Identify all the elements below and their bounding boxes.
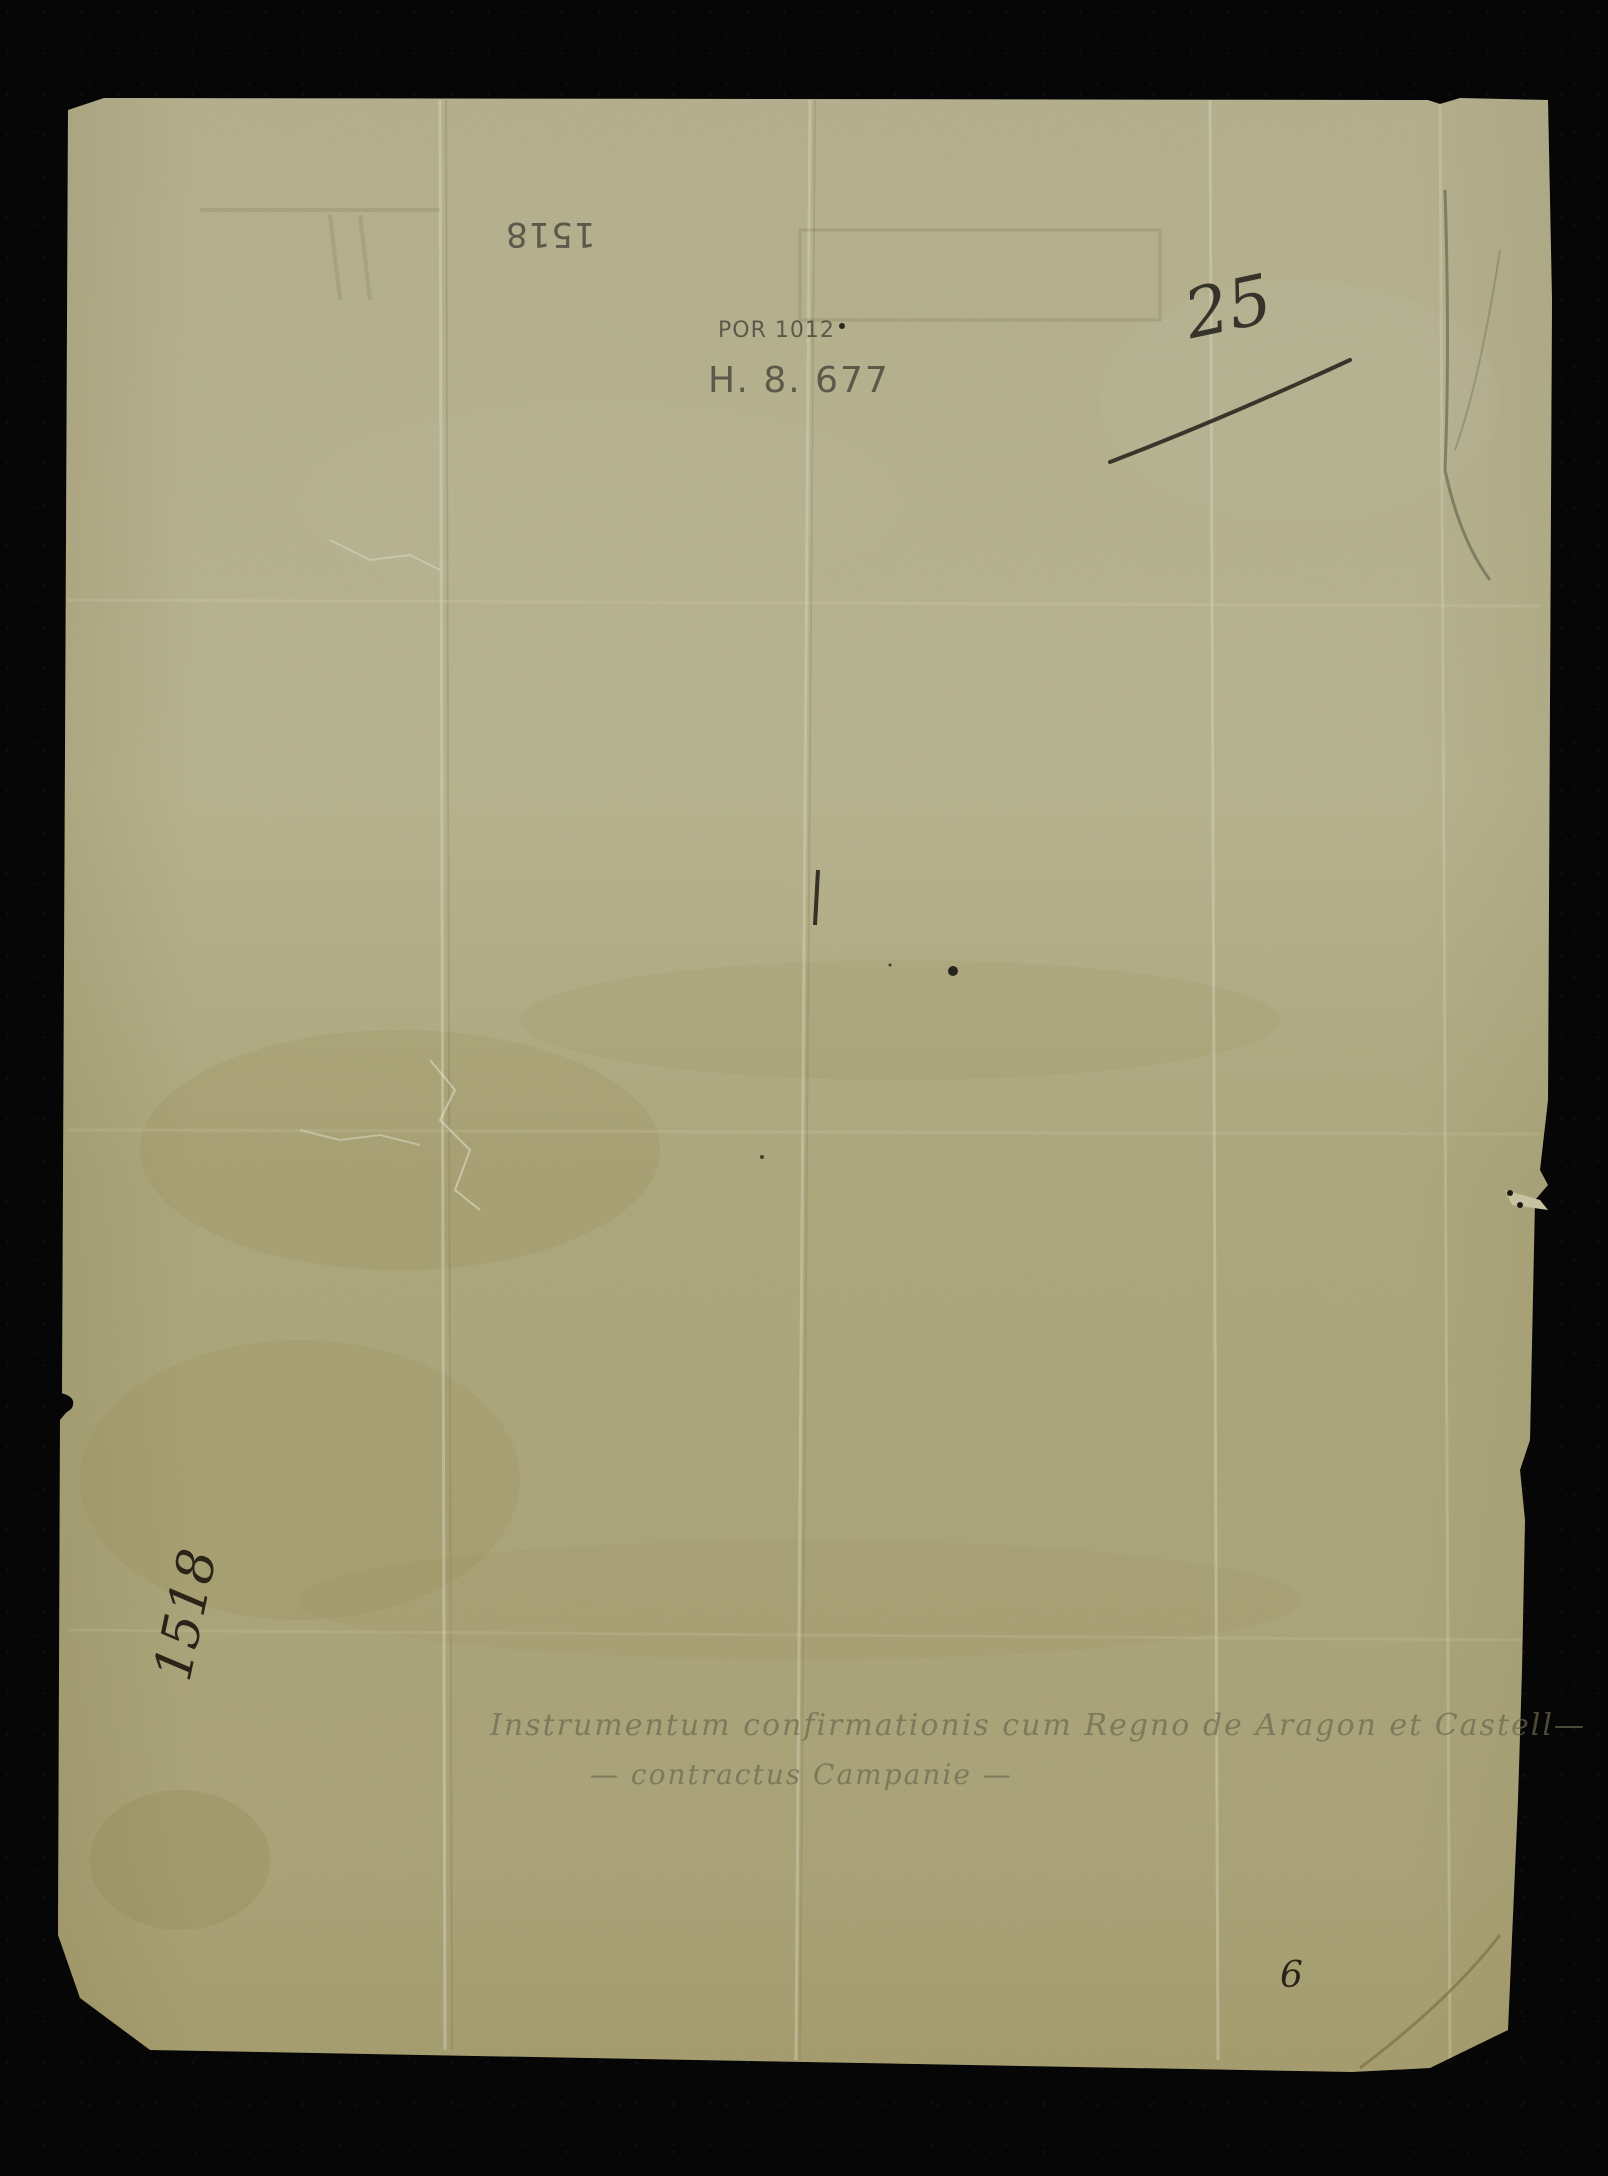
page-number-annotation: 6	[1280, 1955, 1303, 1996]
summary-line-1: Instrumentum confirmationis cum Regno de…	[490, 1708, 1586, 1743]
old-shelfmark-annotation: POR 1012	[718, 318, 835, 343]
mirrored-year-annotation: 1518	[505, 214, 596, 254]
shelfmark-annotation: H. 8. 677	[708, 360, 890, 401]
parchment-sheet: 1518 POR 1012 H. 8. 677 25 1518 Instrume…	[0, 0, 1608, 2176]
summary-line-2: — contractus Campanie —	[590, 1758, 1013, 1791]
